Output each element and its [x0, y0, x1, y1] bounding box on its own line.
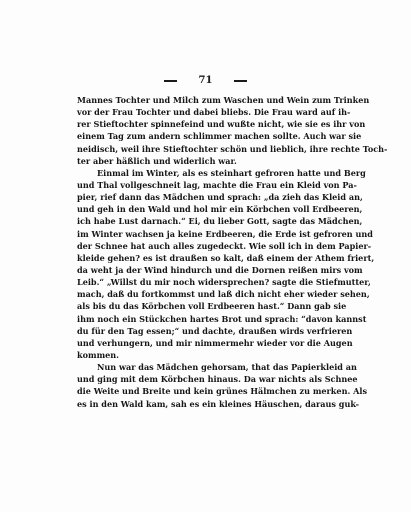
text-line: im Winter wachsen ja keine Erdbeeren, di…: [77, 228, 337, 240]
text-line: die Weite und Breite und kein grünes Häl…: [77, 385, 337, 397]
text-line: ihm noch ein Stückchen hartes Brot und s…: [77, 313, 337, 325]
text-line: da weht ja der Wind hindurch und die Dor…: [77, 264, 337, 276]
text-line: du für den Tag essen;“ und dachte, drauß…: [77, 325, 337, 337]
text-line: und ging mit dem Körbchen hinaus. Da war…: [77, 373, 337, 385]
paragraph: Einmal im Winter, als es steinhart gefro…: [77, 167, 337, 361]
text-line: und verhungern, und mir nimmermehr wiede…: [77, 337, 337, 349]
text-line: Mannes Tochter und Milch zum Waschen und…: [77, 94, 337, 106]
text-line: ich habe Lust darnach.“ Ei, du lieber Go…: [77, 215, 337, 227]
text-line: ter aber häßlich und widerlich war.: [77, 155, 337, 167]
text-line: vor der Frau Tochter und dabei bliebs. D…: [77, 106, 337, 118]
text-line: kommen.: [77, 349, 337, 361]
body-text: Mannes Tochter und Milch zum Waschen und…: [77, 94, 337, 410]
text-line: und Thal vollgeschneit lag, machte die F…: [77, 179, 337, 191]
text-line: als bis du das Körbchen voll Erdbeeren h…: [77, 300, 337, 312]
text-line: Leib.“ „Willst du mir noch widersprechen…: [77, 276, 337, 288]
header-dash-left: [164, 80, 177, 82]
text-line: und geh in den Wald und hol mir ein Körb…: [77, 203, 337, 215]
text-line: rer Stieftochter spinnefeind und wußte n…: [77, 118, 337, 130]
paragraph: Nun war das Mädchen gehorsam, that das P…: [77, 361, 337, 410]
paragraph: Mannes Tochter und Milch zum Waschen und…: [77, 94, 337, 167]
text-line: pier, rief dann das Mädchen und sprach: …: [77, 191, 337, 203]
text-line: Nun war das Mädchen gehorsam, that das P…: [77, 361, 337, 373]
page-header: 71: [0, 75, 411, 86]
text-line: es in den Wald kam, sah es ein kleines H…: [77, 398, 337, 410]
text-line: Einmal im Winter, als es steinhart gefro…: [77, 167, 337, 179]
page-number: 71: [199, 75, 213, 86]
text-line: kleide gehen? es ist draußen so kalt, da…: [77, 252, 337, 264]
book-page: 71 Mannes Tochter und Milch zum Waschen …: [0, 0, 411, 512]
text-line: neidisch, weil ihre Stieftochter schön u…: [77, 143, 337, 155]
header-dash-right: [234, 80, 247, 82]
text-line: mach, daß du fortkommst und laß dich nic…: [77, 288, 337, 300]
text-line: der Schnee hat auch alles zugedeckt. Wie…: [77, 240, 337, 252]
text-line: einem Tag zum andern schlimmer machen so…: [77, 130, 337, 142]
